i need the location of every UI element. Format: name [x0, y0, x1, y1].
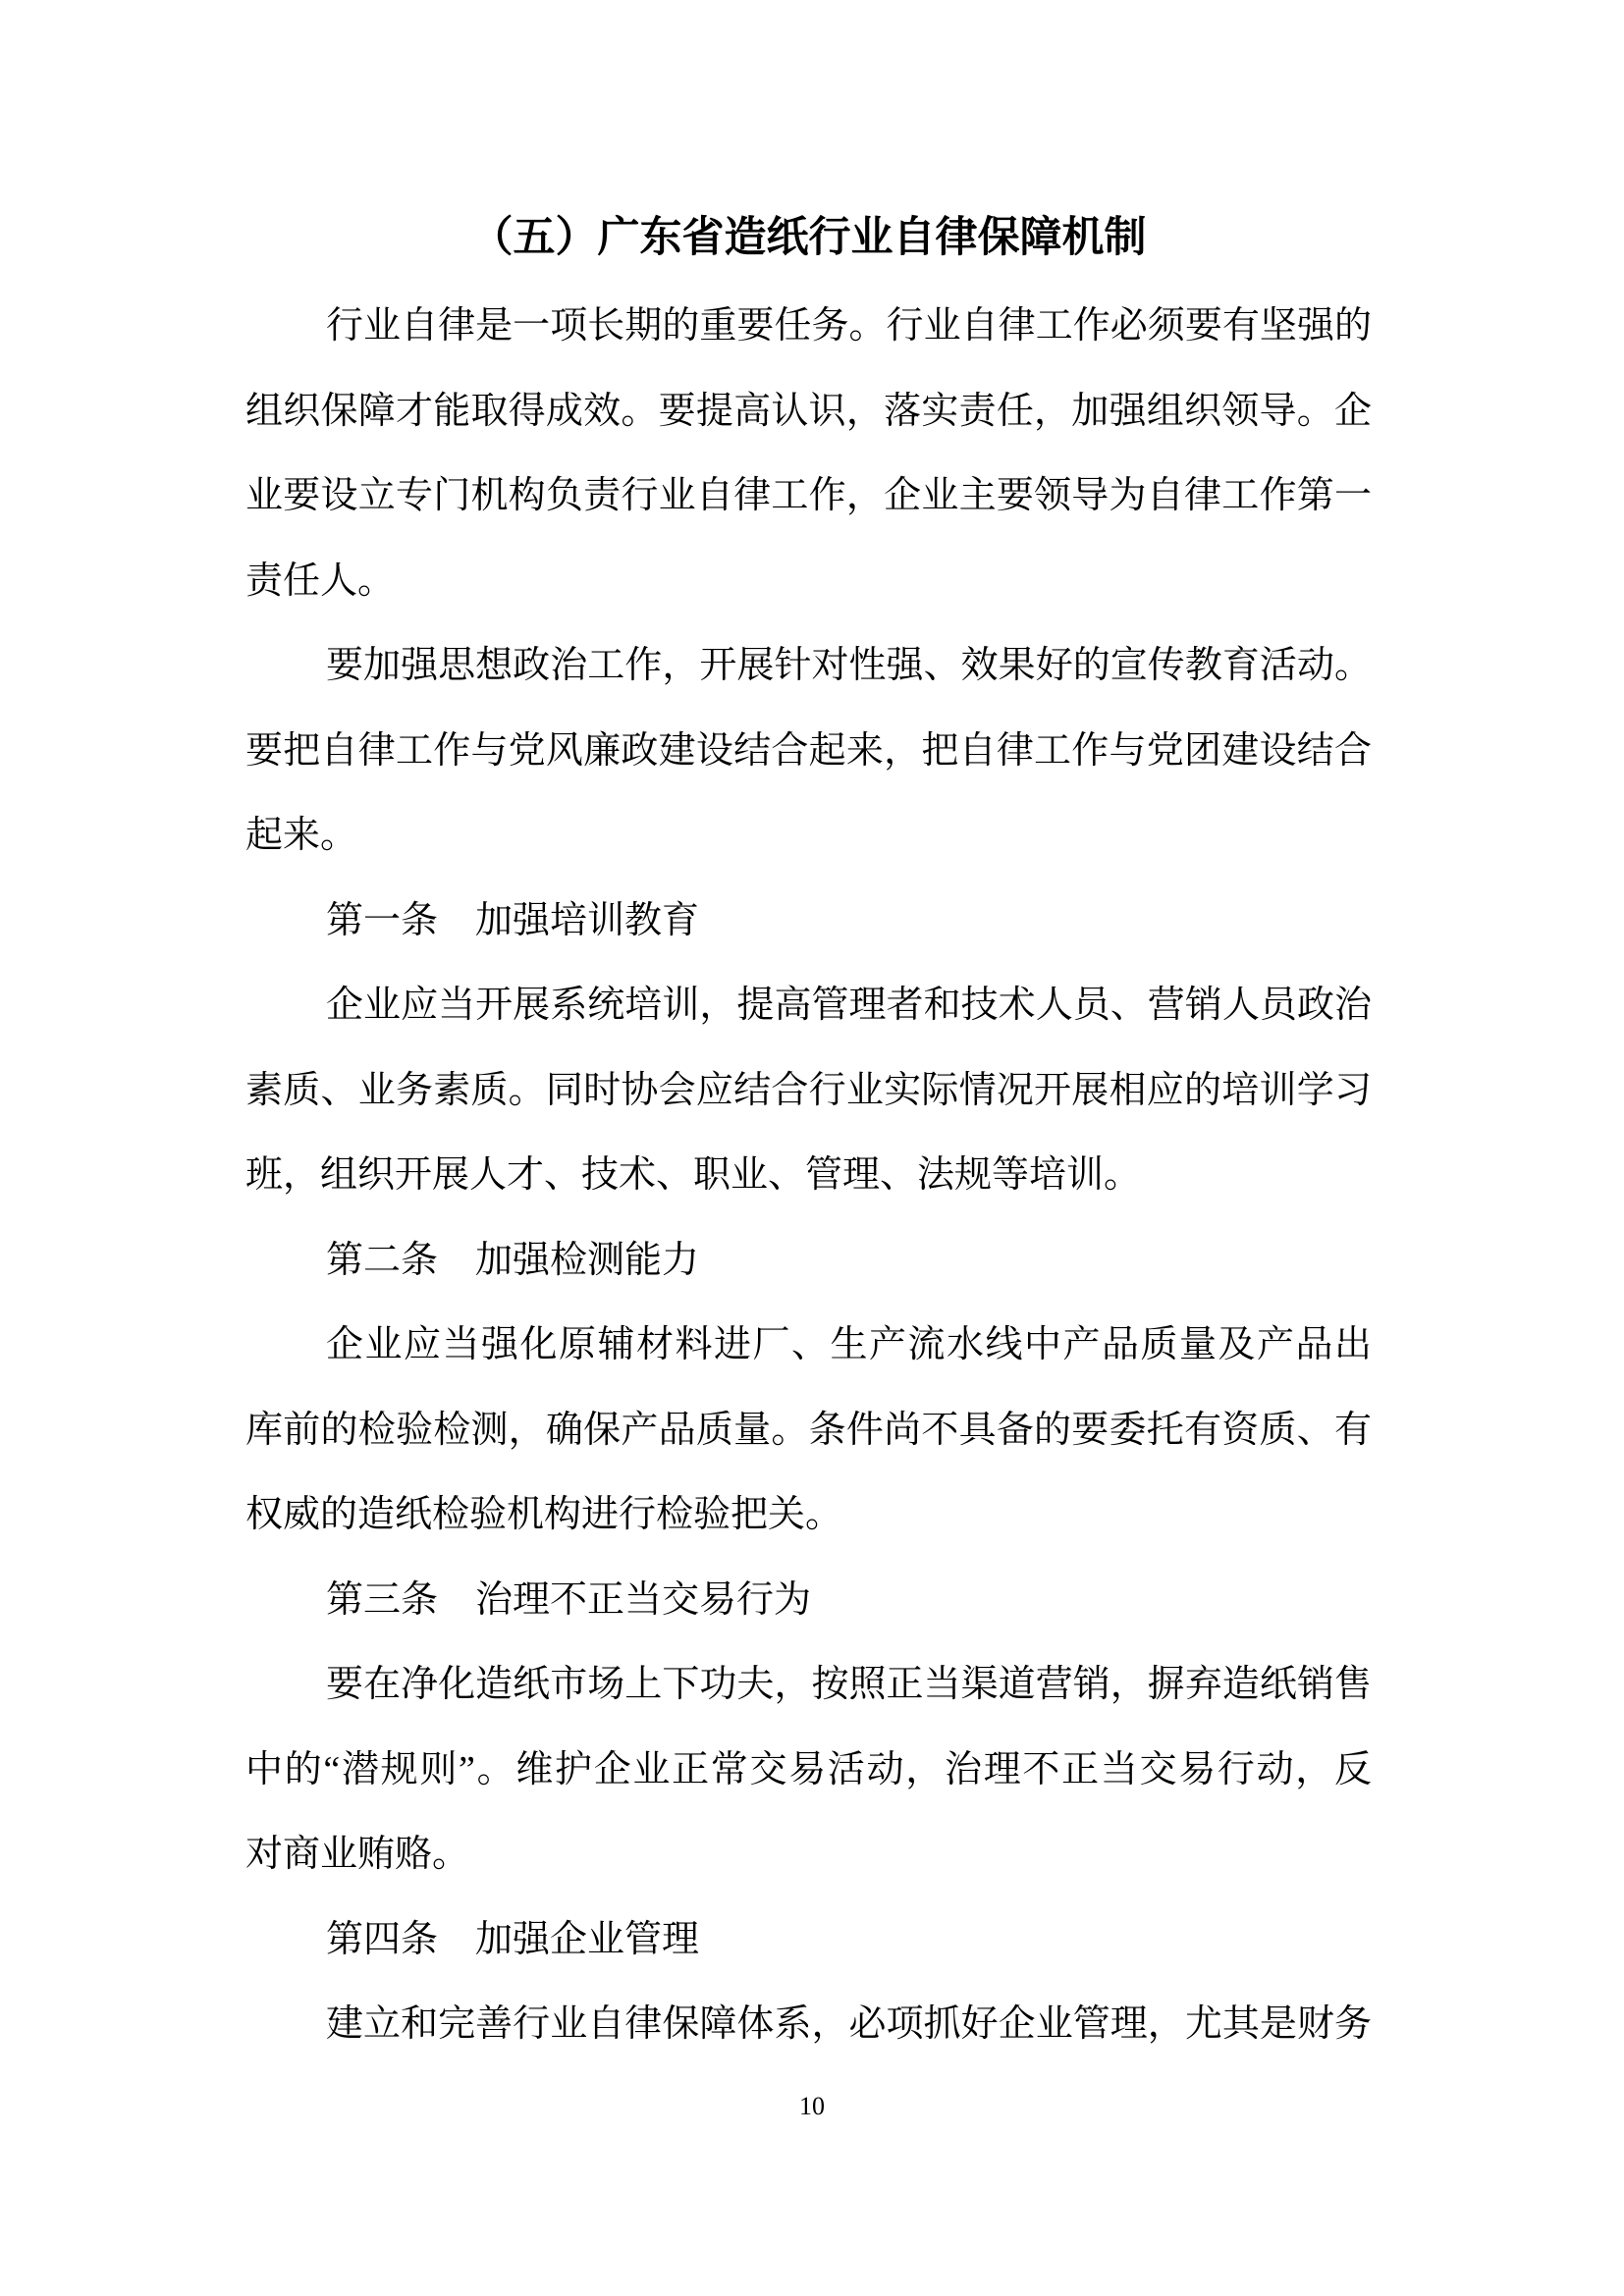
text-line: 第二条 加强检测能力: [245, 1218, 1372, 1304]
text-line: 起来。: [245, 793, 1372, 879]
text-line: 第四条 加强企业管理: [245, 1897, 1372, 1983]
text-line: 要把自律工作与党风廉政建设结合起来，把自律工作与党团建设结合: [245, 709, 1372, 794]
text-line: 中的“潜规则”。维护企业正常交易活动，治理不正当交易行动，反: [245, 1728, 1372, 1813]
document-page: （五）广东省造纸行业自律保障机制 行业自律是一项长期的重要任务。行业自律工作必须…: [0, 0, 1624, 2296]
text-line: 组织保障才能取得成效。要提高认识，落实责任，加强组织领导。企: [245, 369, 1372, 454]
text-line: 对商业贿赂。: [245, 1812, 1372, 1897]
text-line: 建立和完善行业自律保障体系，必项抓好企业管理，尤其是财务: [245, 1982, 1372, 2067]
text-line: 要加强思想政治工作，开展针对性强、效果好的宣传教育活动。: [245, 623, 1372, 709]
document-title: （五）广东省造纸行业自律保障机制: [245, 206, 1372, 271]
text-line: 企业应当开展系统培训，提高管理者和技术人员、营销人员政治: [245, 963, 1372, 1048]
text-line: 库前的检验检测，确保产品质量。条件尚不具备的要委托有资质、有: [245, 1388, 1372, 1473]
text-line: 要在净化造纸市场上下功夫，按照正当渠道营销，摒弃造纸销售: [245, 1642, 1372, 1728]
text-line: 权威的造纸检验机构进行检验把关。: [245, 1472, 1372, 1558]
document-body: 行业自律是一项长期的重要任务。行业自律工作必须要有坚强的组织保障才能取得成效。要…: [245, 284, 1372, 2067]
text-line: 第一条 加强培训教育: [245, 879, 1372, 964]
text-line: 素质、业务素质。同时协会应结合行业实际情况开展相应的培训学习: [245, 1048, 1372, 1134]
text-line: 责任人。: [245, 539, 1372, 624]
text-line: 第三条 治理不正当交易行为: [245, 1558, 1372, 1643]
text-line: 业要设立专门机构负责行业自律工作，企业主要领导为自律工作第一: [245, 454, 1372, 539]
text-line: 班，组织开展人才、技术、职业、管理、法规等培训。: [245, 1133, 1372, 1218]
text-line: 企业应当强化原辅材料进厂、生产流水线中产品质量及产品出: [245, 1303, 1372, 1388]
page-number: 10: [0, 2089, 1624, 2124]
text-line: 行业自律是一项长期的重要任务。行业自律工作必须要有坚强的: [245, 284, 1372, 369]
